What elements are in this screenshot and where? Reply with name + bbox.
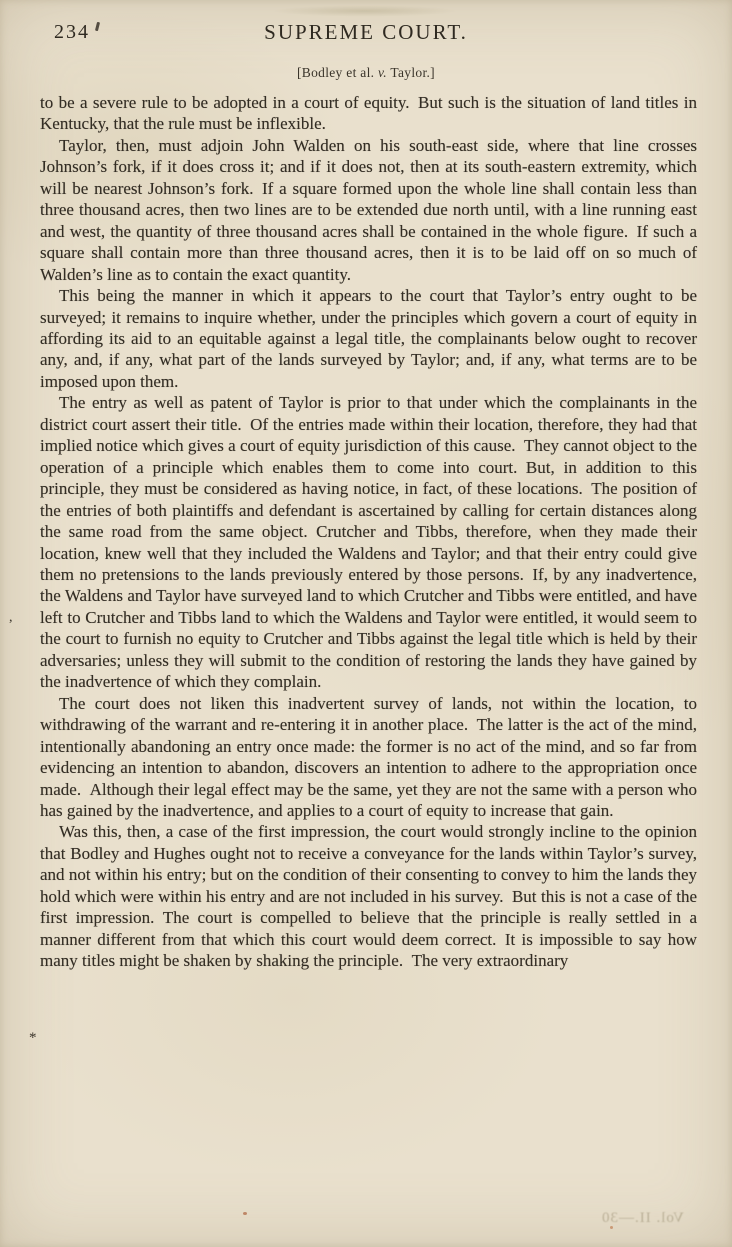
- opinion-text: to be a severe rule to be adopted in a c…: [40, 92, 697, 972]
- margin-mark-asterisk: *: [29, 1034, 37, 1043]
- paragraph-4: The entry as well as patent of Taylor is…: [40, 392, 697, 692]
- paragraph-2: Taylor, then, must adjoin John Walden on…: [40, 135, 697, 285]
- case-caption-prefix: [Bodley et al.: [297, 65, 378, 80]
- ink-speck: [610, 1226, 613, 1229]
- margin-mark-comma: ,: [9, 610, 13, 626]
- paragraph-5: The court does not liken this inadverten…: [40, 693, 697, 822]
- bleed-through-text: Vol. II.—30: [601, 1210, 684, 1227]
- case-caption-suffix: Taylor.]: [387, 65, 435, 80]
- book-page: 234 SUPREME COURT. [Bodley et al. v. Tay…: [0, 0, 732, 1247]
- bleed-through-smudge: [250, 4, 480, 18]
- running-header: SUPREME COURT.: [0, 20, 732, 45]
- case-caption: [Bodley et al. v. Taylor.]: [0, 65, 732, 81]
- paragraph-3: This being the manner in which it appear…: [40, 285, 697, 392]
- ink-speck: [243, 1212, 247, 1215]
- paragraph-1: to be a severe rule to be adopted in a c…: [40, 92, 697, 135]
- paragraph-6: Was this, then, a case of the first impr…: [40, 821, 697, 971]
- case-caption-versus: v.: [378, 65, 387, 80]
